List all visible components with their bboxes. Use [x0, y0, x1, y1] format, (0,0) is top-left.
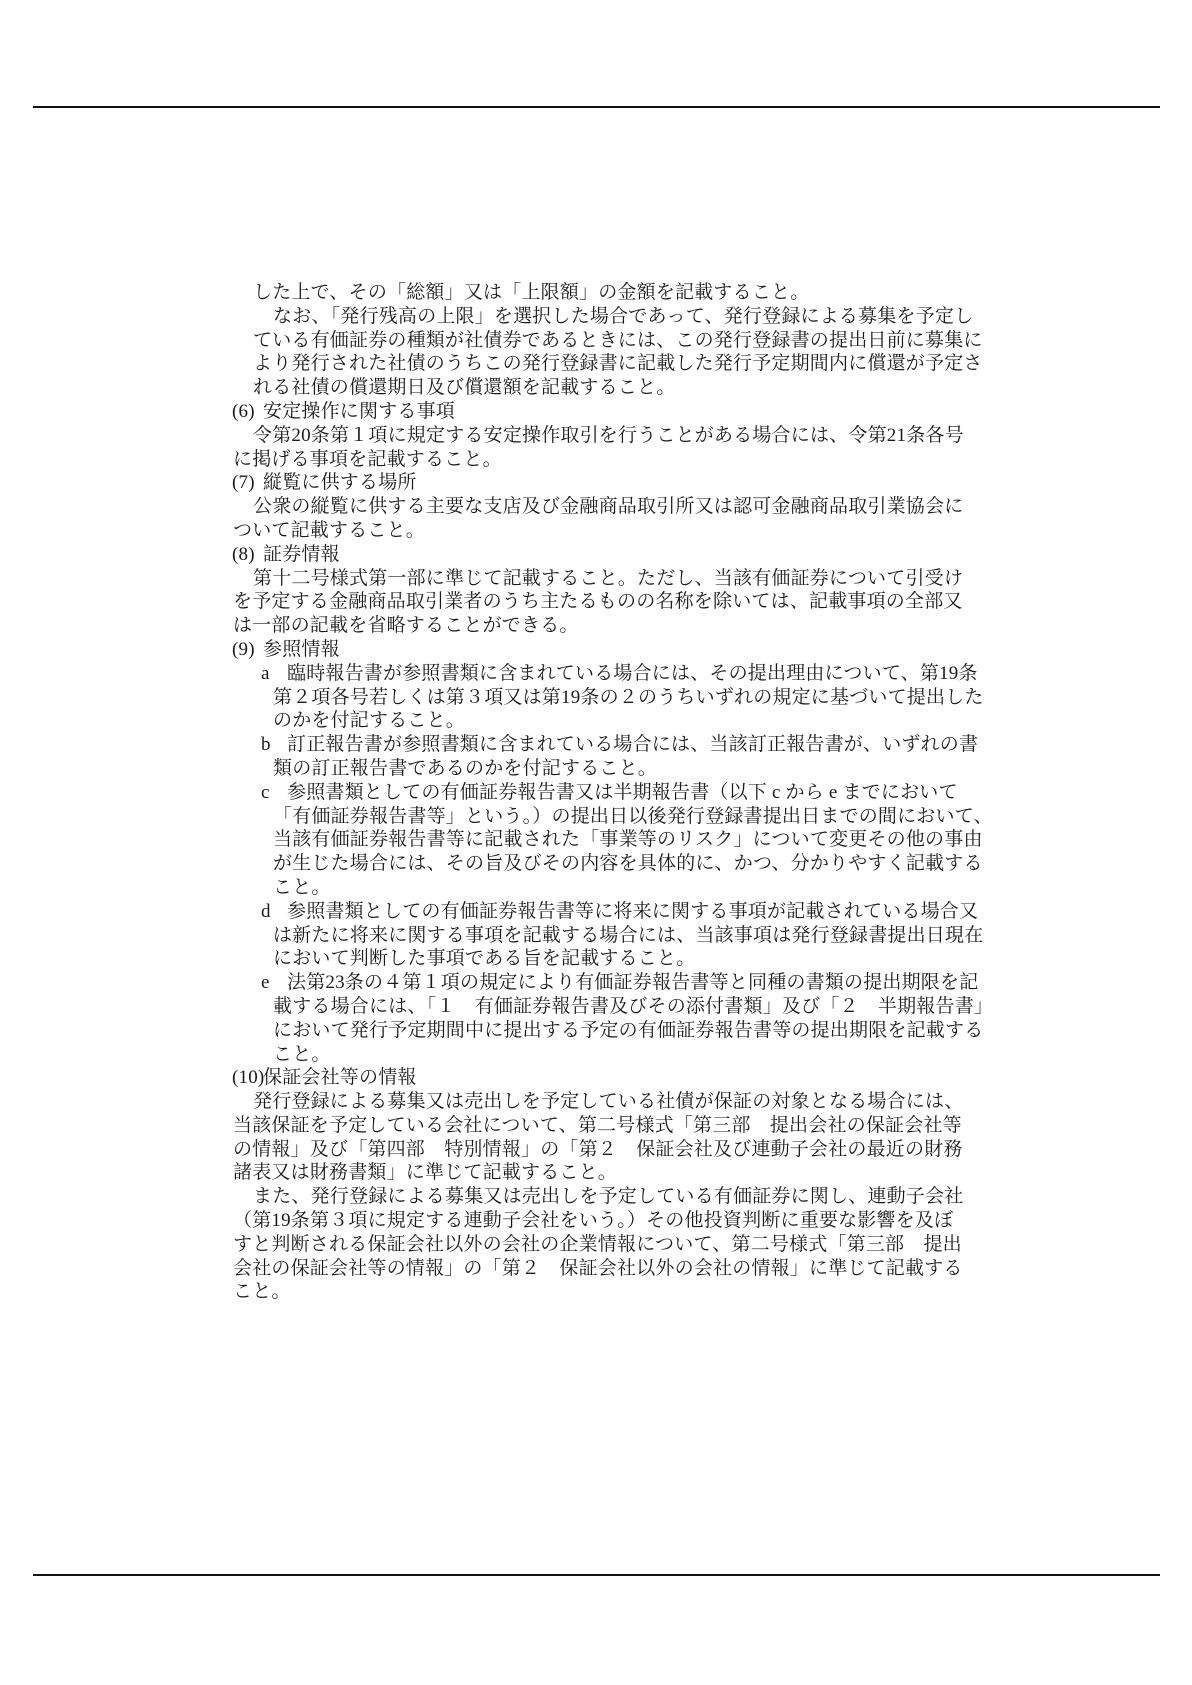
line-text: に掲げる事項を記載すること。 — [233, 449, 502, 470]
line-text: した上で、その「総額」又は「上限額」の金額を記載すること。 — [253, 282, 809, 303]
text-line: c参照書類としての有価証券報告書又は半期報告書（以下 c から e までにおいて — [232, 781, 976, 805]
line-text: ついて記載すること。 — [233, 520, 425, 541]
sub-item-letter: b — [261, 733, 287, 757]
line-text: 当該保証を予定している会社について、第二号様式「第三部 提出会社の保証会社等 — [233, 1115, 962, 1136]
text-line: 第十二号様式第一部に準じて記載すること。ただし、当該有価証券について引受け — [232, 567, 976, 591]
item-number: (8) — [232, 543, 263, 567]
text-line: b訂正報告書が参照書類に含まれている場合には、当該訂正報告書が、いずれの書 — [232, 733, 976, 757]
text-line: 諸表又は財務書類」に準じて記載すること。 — [232, 1161, 976, 1185]
text-line: (7)縦覧に供する場所 — [232, 471, 976, 495]
line-text: こと。 — [273, 1044, 331, 1065]
line-text: 第十二号様式第一部に準じて記載すること。ただし、当該有価証券について引受け — [253, 568, 963, 589]
text-line: において判断した事項である旨を記載すること。 — [232, 947, 976, 971]
text-line: れる社債の償還期日及び償還額を記載すること。 — [232, 376, 976, 400]
text-line: の情報」及び「第四部 特別情報」の「第２ 保証会社及び連動子会社の最近の財務 — [232, 1138, 976, 1162]
line-text: 証券情報 — [263, 544, 340, 565]
sub-item-letter: d — [261, 900, 287, 924]
line-text: 訂正報告書が参照書類に含まれている場合には、当該訂正報告書が、いずれの書 — [287, 734, 978, 755]
text-line: ている有価証券の種類が社債券であるときには、この発行登録書の提出日前に募集に — [232, 329, 976, 353]
line-text: （第19条第３項に規定する連動子会社をいう。）その他投資判断に重要な影響を及ぼ — [233, 1210, 953, 1231]
text-line: こと。 — [232, 1043, 976, 1067]
text-line: 「有価証券報告書等」という。）の提出日以後発行登録書提出日までの間において、 — [232, 805, 976, 829]
text-line: 当該有価証券報告書等に記載された「事業等のリスク」について変更その他の事由 — [232, 828, 976, 852]
text-line: のかを付記すること。 — [232, 709, 976, 733]
item-number: (6) — [232, 400, 263, 424]
line-text: の情報」及び「第四部 特別情報」の「第２ 保証会社及び連動子会社の最近の財務 — [233, 1139, 963, 1160]
line-text: れる社債の償還期日及び償還額を記載すること。 — [253, 377, 675, 398]
sub-item-letter: e — [261, 971, 287, 995]
line-text: 公衆の縦覧に供する主要な支店及び金融商品取引所又は認可金融商品取引業協会に — [253, 496, 963, 517]
text-line: は新たに将来に関する事項を記載する場合には、当該事項は発行登録書提出日現在 — [232, 924, 976, 948]
line-text: が生じた場合には、その旨及びその内容を具体的に、かつ、分かりやすく記載する — [273, 853, 983, 874]
text-line: より発行された社債のうちこの発行登録書に記載した発行予定期間内に償還が予定さ — [232, 352, 976, 376]
line-text: 縦覧に供する場所 — [263, 472, 417, 493]
text-line: e法第23条の４第１項の規定により有価証券報告書等と同種の書類の提出期限を記 — [232, 971, 976, 995]
line-text: 参照書類としての有価証券報告書又は半期報告書（以下 c から e までにおいて — [287, 782, 958, 803]
bottom-rule — [33, 1574, 1160, 1576]
document-page: した上で、その「総額」又は「上限額」の金額を記載すること。なお、「発行残高の上限… — [0, 0, 1192, 1685]
line-text: において発行予定期間中に提出する予定の有価証券報告書等の提出期限を記載する — [273, 1020, 983, 1041]
text-line: が生じた場合には、その旨及びその内容を具体的に、かつ、分かりやすく記載する — [232, 852, 976, 876]
text-line: 公衆の縦覧に供する主要な支店及び金融商品取引所又は認可金融商品取引業協会に — [232, 495, 976, 519]
text-line: (10)保証会社等の情報 — [232, 1066, 976, 1090]
line-text: 第２項各号若しくは第３項又は第19条の２のうちいずれの規定に基づいて提出した — [273, 687, 984, 708]
text-line: した上で、その「総額」又は「上限額」の金額を記載すること。 — [232, 281, 976, 305]
text-line: 当該保証を予定している会社について、第二号様式「第三部 提出会社の保証会社等 — [232, 1114, 976, 1138]
text-line: 類の訂正報告書であるのかを付記すること。 — [232, 757, 976, 781]
text-line: において発行予定期間中に提出する予定の有価証券報告書等の提出期限を記載する — [232, 1019, 976, 1043]
line-text: のかを付記すること。 — [273, 710, 465, 731]
line-text: 安定操作に関する事項 — [263, 401, 455, 422]
line-text: 法第23条の４第１項の規定により有価証券報告書等と同種の書類の提出期限を記 — [287, 972, 978, 993]
line-text: は一部の記載を省略することができる。 — [233, 615, 579, 636]
line-text: すと判断される保証会社以外の会社の企業情報について、第二号様式「第三部 提出 — [233, 1234, 962, 1255]
text-line: (6)安定操作に関する事項 — [232, 400, 976, 424]
text-line: (8)証券情報 — [232, 543, 976, 567]
item-number: (10) — [232, 1066, 263, 1090]
text-line: d参照書類としての有価証券報告書等に将来に関する事項が記載されている場合又 — [232, 900, 976, 924]
line-text: において判断した事項である旨を記載すること。 — [273, 948, 695, 969]
line-text: 参照書類としての有価証券報告書等に将来に関する事項が記載されている場合又 — [287, 901, 978, 922]
text-line: こと。 — [232, 876, 976, 900]
line-text: 「有価証券報告書等」という。）の提出日以後発行登録書提出日までの間において、 — [273, 806, 993, 827]
text-line: 第２項各号若しくは第３項又は第19条の２のうちいずれの規定に基づいて提出した — [232, 686, 976, 710]
text-line: （第19条第３項に規定する連動子会社をいう。）その他投資判断に重要な影響を及ぼ — [232, 1209, 976, 1233]
text-line: は一部の記載を省略することができる。 — [232, 614, 976, 638]
line-text: 令第20条第１項に規定する安定操作取引を行うことがある場合には、令第21条各号 — [253, 425, 964, 446]
text-line: を予定する金融商品取引業者のうち主たるものの名称を除いては、記載事項の全部又 — [232, 590, 976, 614]
line-text: 臨時報告書が参照書類に含まれている場合には、その提出理由について、第19条 — [287, 663, 978, 684]
text-line: また、発行登録による募集又は売出しを予定している有価証券に関し、連動子会社 — [232, 1185, 976, 1209]
item-number: (9) — [232, 638, 263, 662]
line-text: 会社の保証会社等の情報」の「第２ 保証会社以外の会社の情報」に準じて記載する — [233, 1258, 963, 1279]
top-rule — [33, 106, 1160, 108]
line-text: 載する場合には、「１ 有価証券報告書及びその添付書類」及び「２ 半期報告書」 — [273, 996, 993, 1017]
line-text: 諸表又は財務書類」に準じて記載すること。 — [233, 1162, 617, 1183]
line-text: また、発行登録による募集又は売出しを予定している有価証券に関し、連動子会社 — [253, 1186, 963, 1207]
line-text: こと。 — [233, 1281, 291, 1302]
text-line: (9)参照情報 — [232, 638, 976, 662]
text-line: 令第20条第１項に規定する安定操作取引を行うことがある場合には、令第21条各号 — [232, 424, 976, 448]
text-line: こと。 — [232, 1280, 976, 1304]
text-line: ついて記載すること。 — [232, 519, 976, 543]
text-line: a臨時報告書が参照書類に含まれている場合には、その提出理由について、第19条 — [232, 662, 976, 686]
text-line: 会社の保証会社等の情報」の「第２ 保証会社以外の会社の情報」に準じて記載する — [232, 1257, 976, 1281]
line-text: ている有価証券の種類が社債券であるときには、この発行登録書の提出日前に募集に — [253, 330, 983, 351]
sub-item-letter: a — [261, 662, 287, 686]
item-number: (7) — [232, 471, 263, 495]
text-line: 載する場合には、「１ 有価証券報告書及びその添付書類」及び「２ 半期報告書」 — [232, 995, 976, 1019]
line-text: 保証会社等の情報 — [263, 1067, 417, 1088]
sub-item-letter: c — [261, 781, 287, 805]
line-text: なお、「発行残高の上限」を選択した場合であって、発行登録による募集を予定し — [273, 306, 973, 327]
line-text: を予定する金融商品取引業者のうち主たるものの名称を除いては、記載事項の全部又 — [233, 591, 963, 612]
text-line: 発行登録による募集又は売出しを予定している社債が保証の対象となる場合には、 — [232, 1090, 976, 1114]
line-text: こと。 — [273, 877, 331, 898]
text-line: すと判断される保証会社以外の会社の企業情報について、第二号様式「第三部 提出 — [232, 1233, 976, 1257]
text-line: に掲げる事項を記載すること。 — [232, 448, 976, 472]
line-text: 参照情報 — [263, 639, 340, 660]
line-text: より発行された社債のうちこの発行登録書に記載した発行予定期間内に償還が予定さ — [253, 353, 983, 374]
line-text: は新たに将来に関する事項を記載する場合には、当該事項は発行登録書提出日現在 — [273, 925, 983, 946]
text-body: した上で、その「総額」又は「上限額」の金額を記載すること。なお、「発行残高の上限… — [232, 281, 976, 1304]
line-text: 類の訂正報告書であるのかを付記すること。 — [273, 758, 657, 779]
text-line: なお、「発行残高の上限」を選択した場合であって、発行登録による募集を予定し — [232, 305, 976, 329]
line-text: 発行登録による募集又は売出しを予定している社債が保証の対象となる場合には、 — [253, 1091, 963, 1112]
line-text: 当該有価証券報告書等に記載された「事業等のリスク」について変更その他の事由 — [273, 829, 983, 850]
